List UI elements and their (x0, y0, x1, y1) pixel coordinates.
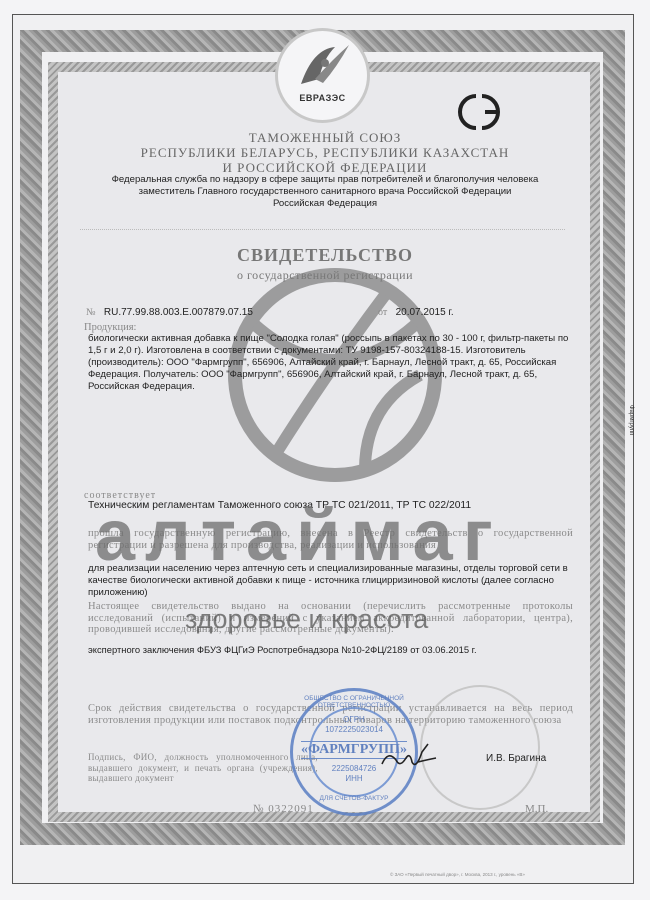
eurasec-logo-icon (293, 39, 353, 89)
customs-union-heading: ТАМОЖЕННЫЙ СОЮЗ РЕСПУБЛИКИ БЕЛАРУСЬ, РЕС… (60, 130, 590, 175)
eurasec-emblem: ЕВРАЗЭС (275, 28, 370, 123)
authority-heading: Федеральная служба по надзору в сфере за… (60, 174, 590, 210)
se-conformity-mark-icon (452, 92, 506, 132)
product-label: Продукция: (84, 322, 136, 333)
signature-icon (378, 742, 438, 777)
basis-text: экспертного заключения ФБУЗ ФЦГиЭ Роспот… (88, 644, 590, 656)
side-note: Фармгрупп (628, 405, 634, 435)
registration-number: № RU.77.99.88.003.Е.007879.07.15 (86, 307, 253, 318)
printer-imprint: © ЗАО «Первый печатный двор», г. Москва,… (390, 872, 525, 877)
watermark-tagline: здоровье и красота (185, 605, 428, 633)
official-seal (420, 685, 540, 810)
seal-placeholder: М.П. (525, 803, 548, 815)
signature-label: Подпись, ФИО, должность уполномоченного … (88, 752, 318, 784)
blank-serial-number: № 0322091 (253, 803, 314, 815)
certificate-subtitle: о государственной регистрации (60, 268, 590, 283)
watermark-brand: алтаймаг (95, 500, 503, 572)
divider (80, 229, 565, 230)
product-description: биологически активная добавка к пище "Со… (88, 333, 583, 393)
certificate-title: СВИДЕТЕЛЬСТВО (60, 245, 590, 266)
emblem-label: ЕВРАЗЭС (278, 93, 367, 103)
signer-name: И.В. Брагина (486, 753, 546, 764)
registration-date: от 20.07.2015 г. (378, 307, 454, 318)
